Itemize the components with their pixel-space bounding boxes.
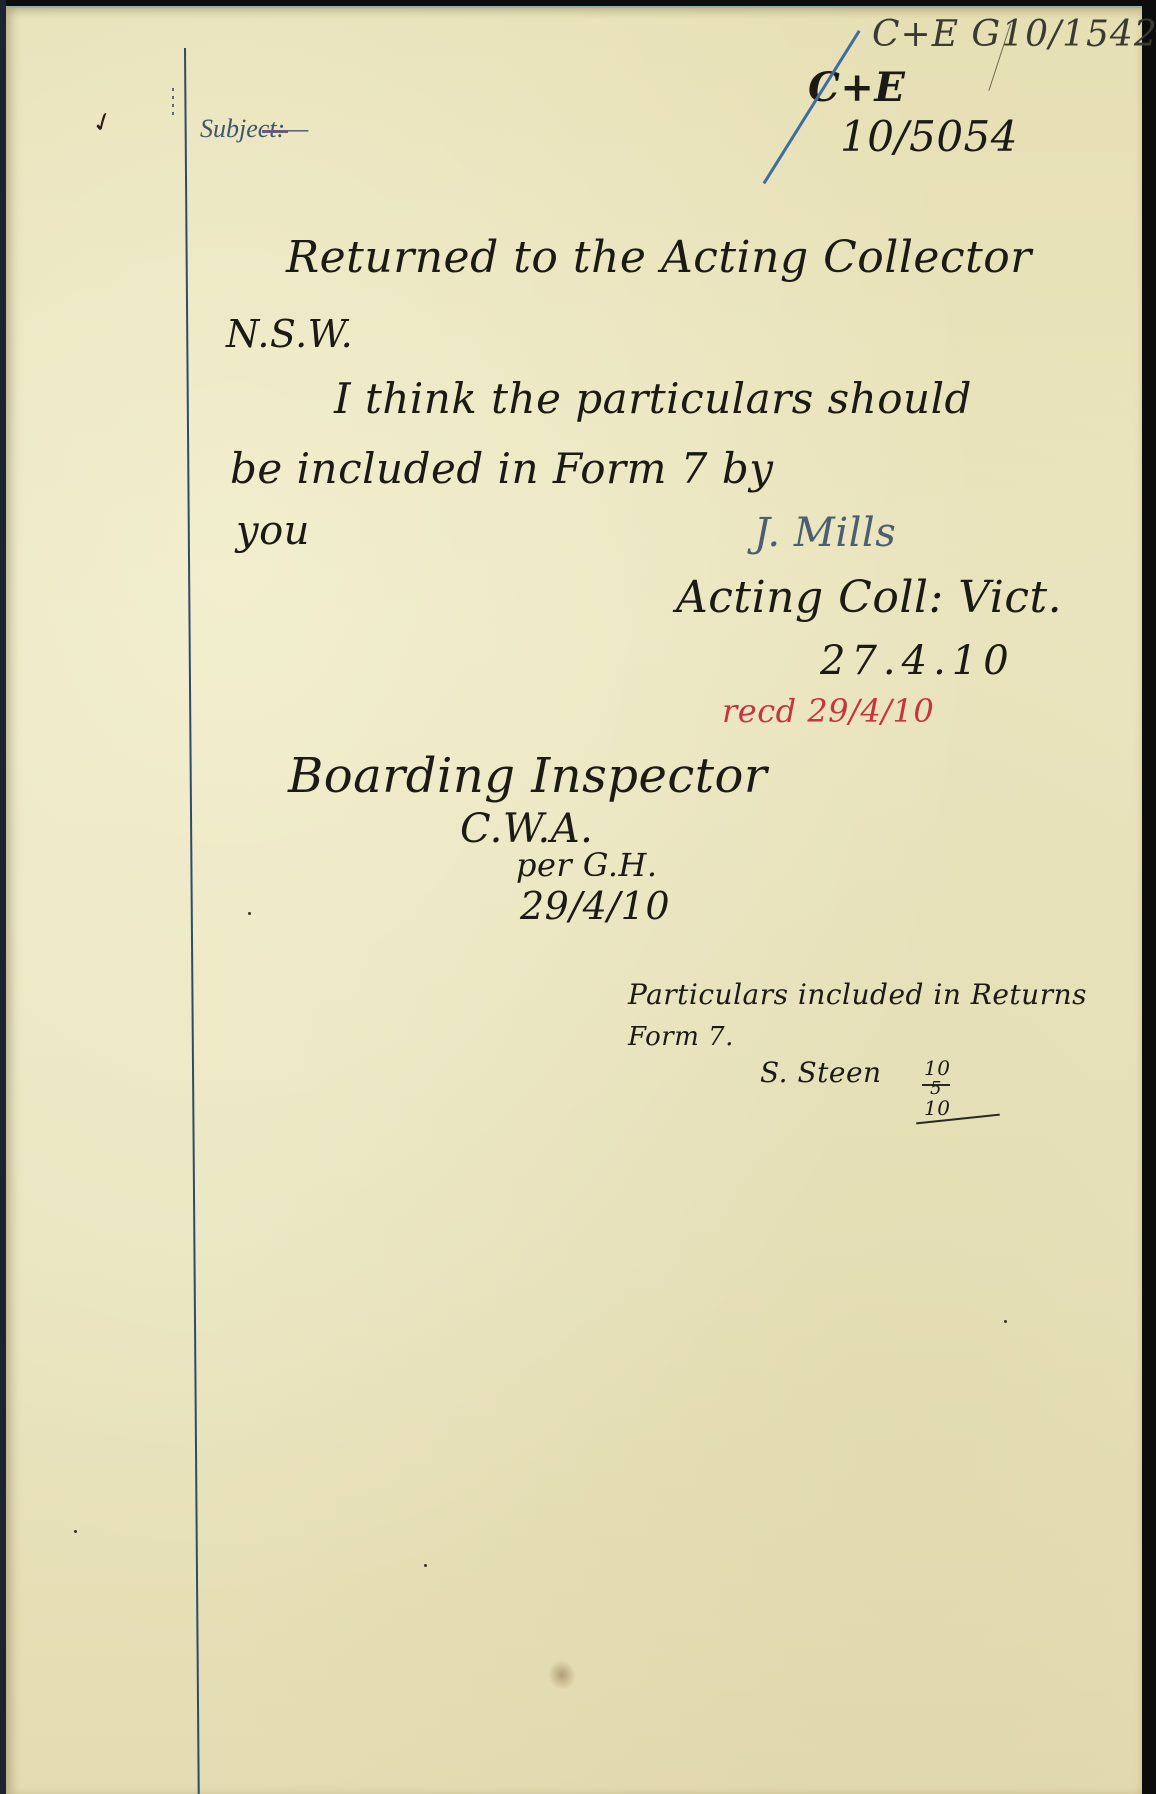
minute-3-date-day: 10 <box>924 1056 950 1080</box>
perforation-dots <box>172 88 174 118</box>
minute-1-line-2: N.S.W. <box>226 312 353 356</box>
minute-2-addressee: Boarding Inspector <box>288 748 767 804</box>
minute-3-date-year: 10 <box>924 1096 950 1120</box>
paper-speck <box>74 1530 77 1533</box>
reference-line-2: 10/5054 <box>840 112 1018 161</box>
received-stamp: recd 29/4/10 <box>722 692 934 730</box>
minute-1-title: Acting Coll: Vict. <box>676 572 1062 623</box>
paper-speck <box>1004 1320 1007 1323</box>
minute-1-line-3: I think the particulars should <box>334 374 972 423</box>
minute-3-line-2: Form 7. <box>628 1022 734 1052</box>
minute-1-line-5: you <box>236 508 310 554</box>
minute-2-date: 29/4/10 <box>520 884 670 928</box>
minute-1-signature: J. Mills <box>754 510 896 556</box>
paper-speck <box>248 912 251 915</box>
minute-3-signature: S. Steen <box>760 1056 882 1089</box>
reference-line-1: C+E G10/1542 <box>872 14 1156 55</box>
subject-dash <box>262 130 288 133</box>
minute-1-line-1: Returned to the Acting Collector <box>286 232 1032 283</box>
subject-label: Subject:— <box>200 114 308 144</box>
paper-speck <box>424 1564 427 1567</box>
minute-1-line-4: be included in Form 7 by <box>230 444 773 493</box>
minute-3-line-1: Particulars included in Returns <box>628 978 1087 1011</box>
minute-1-date: 27.4.10 <box>820 638 1015 684</box>
minute-2-per: per G.H. <box>516 846 658 884</box>
